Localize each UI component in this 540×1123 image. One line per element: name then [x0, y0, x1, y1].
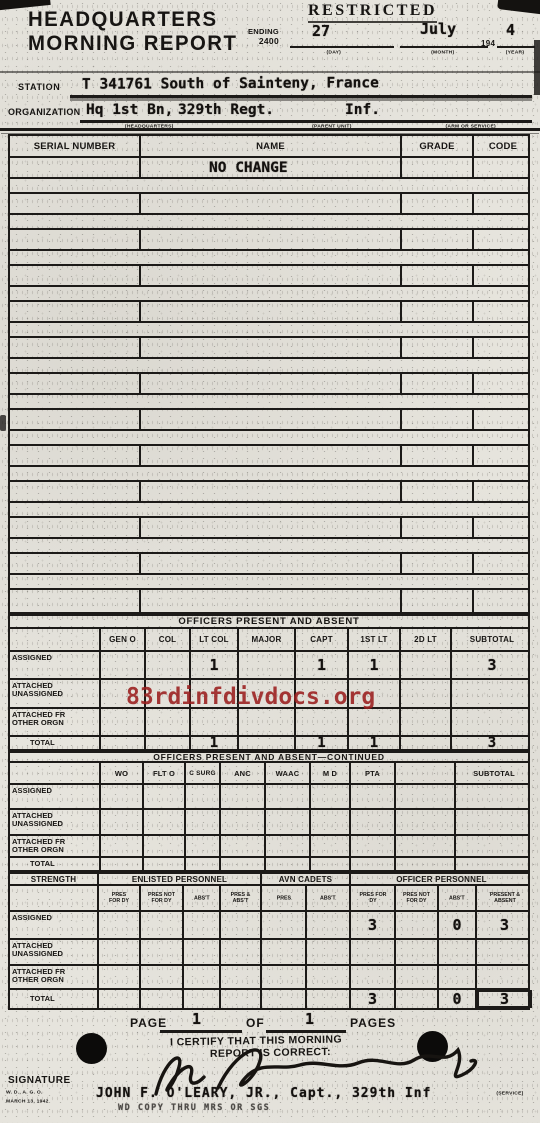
form-title-line2: MORNING REPORT: [28, 32, 237, 56]
cont-row-assigned: ASSIGNED: [8, 785, 530, 810]
officers-table-title: OFFICERS PRESENT AND ABSENT: [8, 614, 530, 629]
officers-row-assigned: ASSIGNED 1 1 1 3: [8, 652, 530, 680]
off-pres-for-dy: PRES FOR DY: [359, 892, 387, 904]
of-label: OF: [246, 1016, 265, 1030]
roster-empty-row: [8, 554, 530, 575]
roster-empty-row: [8, 302, 530, 323]
roster-header-row: SERIAL NUMBER NAME GRADE CODE: [8, 134, 530, 158]
enl-pres-abst: PRES & ABS'T: [228, 892, 254, 904]
roster-empty-row: [8, 338, 530, 359]
enl-pres-for-dy: PRES FOR DY: [106, 892, 132, 904]
avn-pres: PRES: [276, 895, 290, 901]
ending-day-value: 27: [312, 22, 330, 40]
strength-row-attached-unassigned: ATTACHED UNASSIGNED: [8, 940, 530, 966]
year-line: [497, 46, 535, 48]
pages-label: PAGES: [350, 1016, 396, 1030]
scan-artifact-right-edge: [534, 40, 540, 95]
form-id-line2: MARCH 13, 1942: [6, 1098, 49, 1104]
archive-watermark: 83rdinfdivdocs.org: [126, 684, 375, 710]
off-abst: ABS'T: [449, 895, 465, 901]
page-value: 1: [192, 1010, 201, 1028]
off-pres-not-for-dy: PRES NOT FOR DY: [403, 892, 430, 904]
officers-continued-title: OFFICERS PRESENT AND ABSENT—CONTINUED: [8, 751, 530, 763]
service-caption: (SERVICE): [496, 1090, 523, 1096]
officers-col-col: COL: [144, 629, 189, 650]
scan-artifact-top-right: [497, 0, 540, 15]
officers-col-lt-col: LT COL: [189, 629, 237, 650]
officers-row-total: TOTAL 1 1 1 3: [8, 737, 530, 751]
roster-empty-row: [8, 266, 530, 287]
roster-empty-row: [8, 230, 530, 251]
scan-artifact-left-edge: [0, 415, 6, 431]
strength-label: STRENGTH: [10, 874, 97, 884]
morning-report-scan: { "watermark": { "text": "83rdinfdivdocs…: [0, 0, 540, 1123]
officers-col-subtotal: SUBTOTAL: [450, 629, 532, 650]
officers-row-attached-fr-other-orgn: ATTACHED FR OTHER ORGN: [8, 709, 530, 737]
officers-col-2d-lt: 2D LT: [399, 629, 450, 650]
cont-col-m-d: M D: [309, 763, 349, 783]
roster-empty-row: [8, 590, 530, 614]
strength-row-attached-fr-other-orgn: ATTACHED FR OTHER ORGN: [8, 966, 530, 990]
roster-empty-line: [8, 431, 530, 446]
roster-empty-line: [8, 503, 530, 518]
organization-parent-unit-value: 329th Regt.: [178, 102, 274, 118]
day-caption: (DAY): [326, 49, 341, 55]
ending-year-value: 4: [506, 21, 515, 39]
roster-table: SERIAL NUMBER NAME GRADE CODE NO CHANGE: [8, 134, 530, 614]
roster-empty-row: [8, 446, 530, 467]
year-caption: (YEAR): [506, 49, 525, 55]
roster-empty-row: [8, 518, 530, 539]
officers-col-capt: CAPT: [294, 629, 347, 650]
roster-empty-line: [8, 359, 530, 374]
cont-col-anc: ANC: [219, 763, 264, 783]
roster-empty-line: [8, 395, 530, 410]
strength-table: STRENGTH ENLISTED PERSONNEL AVN CADETS O…: [8, 872, 530, 1010]
officers-col-major: MAJOR: [237, 629, 294, 650]
enl-pres-not-for-dy: PRES NOT FOR DY: [148, 892, 175, 904]
group-officer-personnel: OFFICER PERSONNEL: [349, 874, 532, 884]
roster-empty-line: [8, 467, 530, 482]
ending-label: ENDING 2400: [248, 27, 279, 46]
cont-row-attached-fr-other-orgn: ATTACHED FR OTHER ORGN: [8, 836, 530, 858]
signature-label: SIGNATURE: [8, 1075, 71, 1086]
roster-empty-row: [8, 194, 530, 215]
roster-col-name: NAME: [139, 136, 400, 156]
cont-col-waac: WAAC: [264, 763, 309, 783]
officers-table: OFFICERS PRESENT AND ABSENT GEN O COL LT…: [8, 614, 530, 751]
organization-arm-value: Inf.: [345, 102, 380, 118]
form-id-line1: W. D., A. G. O.: [6, 1089, 43, 1095]
station-label: STATION: [18, 82, 60, 92]
form-title-line1: HEADQUARTERS: [28, 8, 217, 32]
officers-continued-header-row: WO FLT O C SURG ANC WAAC M D PTA SUBTOTA…: [8, 763, 530, 785]
roster-empty-line: [8, 215, 530, 230]
cont-col-wo: WO: [99, 763, 142, 783]
cont-row-attached-unassigned: ATTACHED UNASSIGNED: [8, 810, 530, 836]
roster-col-grade: GRADE: [400, 136, 472, 156]
cont-col-pta: PTA: [349, 763, 394, 783]
roster-empty-row: [8, 482, 530, 503]
organization-headquarters-value: Hq 1st Bn,: [86, 102, 173, 118]
month-caption: (MONTH): [431, 49, 454, 55]
officers-col-gen-o: GEN O: [99, 629, 144, 650]
restricted-stamp: RESTRICTED: [308, 2, 437, 23]
officers-col-1st-lt: 1ST LT: [347, 629, 399, 650]
ending-month-value: July: [420, 20, 456, 38]
roster-empty-line: [8, 287, 530, 302]
page-label: PAGE: [130, 1016, 167, 1030]
day-line: [290, 46, 394, 48]
roster-empty-row: [8, 374, 530, 395]
enl-abst: ABS'T: [194, 895, 210, 901]
year-prefix: 194: [481, 39, 495, 48]
officers-header-row: GEN O COL LT COL MAJOR CAPT 1ST LT 2D LT…: [8, 629, 530, 652]
cont-col-subtotal: SUBTOTAL: [454, 763, 532, 783]
roster-empty-line: [8, 323, 530, 338]
signature-script: [138, 1036, 488, 1108]
strength-row-assigned: ASSIGNED 3 0 3: [8, 912, 530, 940]
strength-subheader-row: PRES FOR DY PRES NOT FOR DY ABS'T PRES &…: [8, 886, 530, 912]
avn-abst: ABS'T: [320, 895, 336, 901]
section-separator: [0, 128, 540, 131]
officers-continued-table: OFFICERS PRESENT AND ABSENT—CONTINUED WO…: [8, 751, 530, 872]
page-line: [160, 1030, 242, 1033]
roster-entry-row: NO CHANGE: [8, 158, 530, 179]
roster-empty-line: [8, 575, 530, 590]
roster-col-serial-number: SERIAL NUMBER: [10, 136, 139, 156]
roster-empty-line: [8, 539, 530, 554]
station-value: T 341761 South of Sainteny, France: [82, 75, 379, 93]
off-present-absent: PRESENT & ABSENT: [488, 892, 521, 904]
strength-row-total: TOTAL 3 0 3: [8, 990, 530, 1010]
station-top-line: [0, 71, 540, 73]
group-avn-cadets: AVN CADETS: [260, 874, 349, 884]
cont-col-flt-o: FLT O: [142, 763, 184, 783]
pages-line: [266, 1030, 346, 1033]
roster-empty-row: [8, 410, 530, 431]
cont-col-c-surg: C SURG: [184, 763, 219, 783]
cont-row-total: TOTAL: [8, 858, 530, 872]
organization-label: ORGANIZATION: [8, 107, 80, 117]
roster-col-code: CODE: [472, 136, 532, 156]
roster-empty-line: [8, 251, 530, 266]
group-enlisted-personnel: ENLISTED PERSONNEL: [97, 874, 260, 884]
roster-remarks-row: [8, 179, 530, 194]
month-line: [400, 46, 488, 48]
punch-hole-left: [76, 1033, 107, 1064]
pages-value: 1: [305, 1010, 314, 1028]
roster-entry-no-change: NO CHANGE: [139, 158, 400, 177]
strength-group-header-row: STRENGTH ENLISTED PERSONNEL AVN CADETS O…: [8, 872, 530, 886]
station-underline: [70, 95, 532, 98]
cont-col-blank: [394, 763, 454, 783]
